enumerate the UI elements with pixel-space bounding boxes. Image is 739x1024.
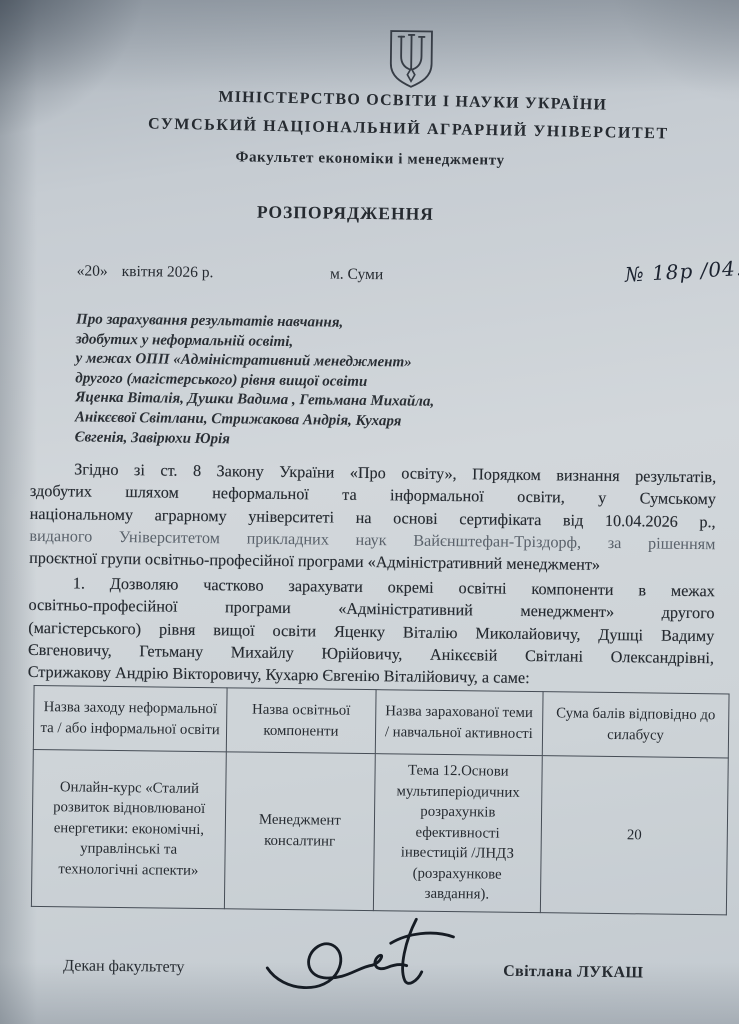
document-title: РОЗПОРЯДЖЕННЯ xyxy=(0,198,693,228)
table-header-points: Сума балів відповідно до силабусу xyxy=(542,692,729,758)
cell-event: Онлайн-курс «Сталий розвиток відновлюван… xyxy=(31,749,226,908)
ukraine-trident-emblem-icon xyxy=(386,27,437,91)
subject-block: Про зарахування результатів навчання,здо… xyxy=(75,310,522,453)
table-header-topic: Назва зарахованої теми / навчальної акти… xyxy=(375,690,543,756)
table-header-component: Назва освітньої компоненти xyxy=(226,688,375,754)
university-name: СУМСЬКИЙ НАЦІОНАЛЬНИЙ АГРАРНИЙ УНІВЕРСИТ… xyxy=(88,114,728,144)
body-paragraph-2: 1. Дозволяю частково зарахувати окремі о… xyxy=(28,572,715,692)
signatory-role: Декан факультету xyxy=(63,957,184,976)
dateline: «20»квітня 2026 р. м. Суми xyxy=(77,262,637,287)
document-date: «20»квітня 2026 р. xyxy=(77,262,214,282)
document-place: м. Суми xyxy=(330,266,383,285)
cell-topic: Тема 12.Основи мультиперіодичних розраху… xyxy=(373,754,542,913)
handwritten-signature-icon xyxy=(253,907,466,1004)
cell-points: 20 xyxy=(540,756,728,915)
body-paragraph-1: Згідно зі ст. 8 Закону України «Про осві… xyxy=(29,458,716,578)
faculty-name: Факультет економіки і менеджменту xyxy=(60,147,680,172)
ministry-name: МІНІСТЕРСТВО ОСВІТИ І НАУКИ УКРАЇНИ xyxy=(103,86,723,117)
scanned-order-document: МІНІСТЕРСТВО ОСВІТИ І НАУКИ УКРАЇНИ СУМС… xyxy=(0,0,739,1024)
cell-component: Менеджмент консалтинг xyxy=(225,752,375,911)
signatory-name: Світлана ЛУКАШ xyxy=(503,963,644,983)
credit-transfer-table: Назва заходу неформальної та / або інфор… xyxy=(31,685,730,915)
handwritten-document-number: № 18р /04.0 xyxy=(624,255,739,287)
table-row: Онлайн-курс «Сталий розвиток відновлюван… xyxy=(31,749,728,914)
table-header-row: Назва заходу неформальної та / або інфор… xyxy=(33,685,729,757)
table-header-event: Назва заходу неформальної та / або інфор… xyxy=(33,685,227,751)
